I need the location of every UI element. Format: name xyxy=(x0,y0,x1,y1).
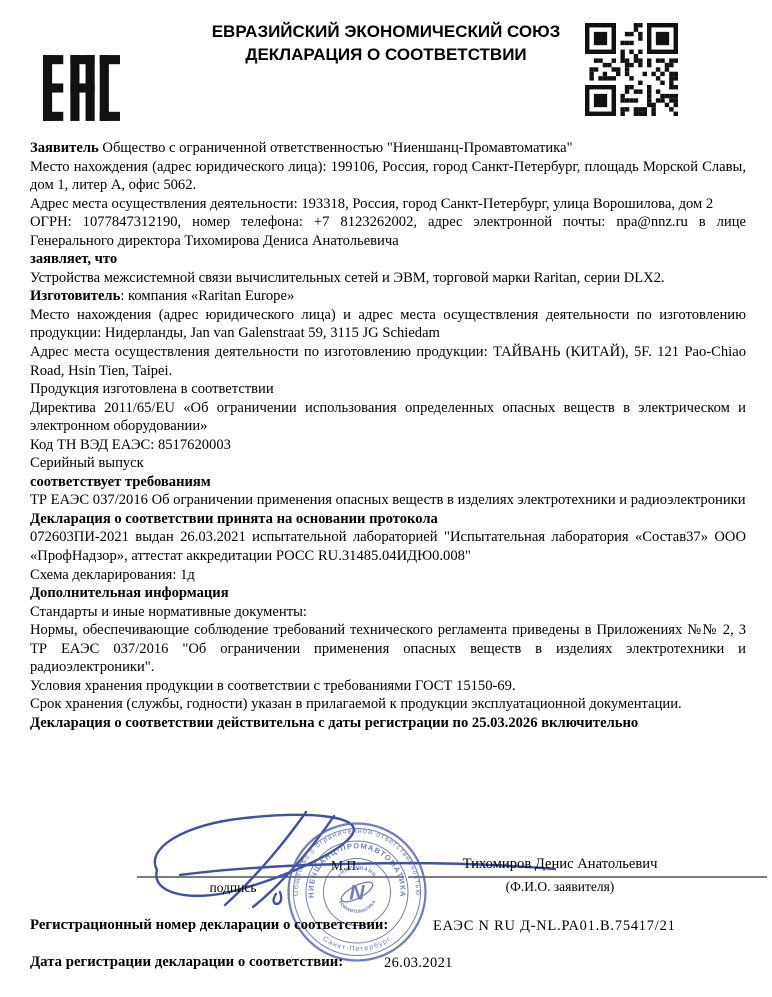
doc-paragraph: Схема декларирования: 1д xyxy=(30,566,746,585)
reg-number-value: ЕАЭС N RU Д-NL.РА01.В.75417/21 xyxy=(433,918,676,935)
stamp-emblem-letter: N xyxy=(349,882,365,905)
doc-paragraph: Заявитель Общество с ограниченной ответс… xyxy=(30,139,746,158)
title-line-union: ЕВРАЗИЙСКИЙ ЭКОНОМИЧЕСКИЙ СОЮЗ xyxy=(150,20,622,43)
doc-paragraph: Адрес места осуществления деятельности: … xyxy=(30,195,746,214)
title-line-declaration: ДЕКЛАРАЦИЯ О СООТВЕТСТВИИ xyxy=(150,43,622,66)
doc-paragraph: Место нахождения (адрес юридического лиц… xyxy=(30,158,746,195)
doc-paragraph: Изготовитель: компания «Raritan Europe» xyxy=(30,287,746,306)
doc-paragraph: Серийный выпуск xyxy=(30,454,746,473)
svg-text:«НИЕНШАНЦ: «НИЕНШАНЦ xyxy=(336,865,377,879)
company-stamp: Общество с ограниченной ответственностью… xyxy=(282,817,432,967)
doc-paragraph: Условия хранения продукции в соответстви… xyxy=(30,677,746,696)
qr-code xyxy=(585,23,678,116)
doc-paragraph: Адрес места осуществления деятельности п… xyxy=(30,343,746,380)
document-body: Заявитель Общество с ограниченной ответс… xyxy=(30,139,746,733)
doc-paragraph: заявляет, что xyxy=(30,250,746,269)
doc-paragraph: Директива 2011/65/EU «Об ограничении исп… xyxy=(30,399,746,436)
stamp-emblem-top-text: «НИЕНШАНЦ xyxy=(336,865,377,879)
reg-number-label: Регистрационный номер декларации о соотв… xyxy=(30,917,388,934)
doc-paragraph: Срок хранения (службы, годности) указан … xyxy=(30,695,746,714)
doc-paragraph: Декларация о соответствии действительна … xyxy=(30,714,746,733)
doc-paragraph: Декларация о соответствии принята на осн… xyxy=(30,510,746,529)
doc-paragraph: Продукция изготовлена в соответствии xyxy=(30,380,746,399)
applicant-name-caption: (Ф.И.О. заявителя) xyxy=(430,879,690,895)
doc-paragraph: Код ТН ВЭД ЕАЭС: 8517620003 xyxy=(30,436,746,455)
doc-paragraph: ТР ЕАЭС 037/2016 Об ограничении применен… xyxy=(30,491,746,510)
signature-caption: подпись xyxy=(168,880,298,896)
reg-date-label: Дата регистрации декларации о соответств… xyxy=(30,954,343,971)
eac-mark-logo xyxy=(43,55,120,121)
doc-paragraph: Место нахождения (адрес юридического лиц… xyxy=(30,306,746,343)
doc-paragraph: Стандарты и иные нормативные документы: xyxy=(30,603,746,622)
doc-paragraph: Дополнительная информация xyxy=(30,584,746,603)
reg-date-value: 26.03.2021 xyxy=(384,955,453,972)
declaration-page: ЕВРАЗИЙСКИЙ ЭКОНОМИЧЕСКИЙ СОЮЗ ДЕКЛАРАЦИ… xyxy=(0,0,772,997)
doc-paragraph: ОГРН: 1077847312190, номер телефона: +7 … xyxy=(30,213,746,250)
doc-paragraph: соответствует требованиям xyxy=(30,473,746,492)
doc-paragraph: Нормы, обеспечивающие соблюдение требова… xyxy=(30,621,746,677)
applicant-name: Тихомиров Денис Анатольевич xyxy=(430,856,690,873)
doc-paragraph: Устройства межсистемной связи вычислител… xyxy=(30,269,746,288)
doc-paragraph: 072603ПИ-2021 выдан 26.03.2021 испытател… xyxy=(30,528,746,565)
document-title: ЕВРАЗИЙСКИЙ ЭКОНОМИЧЕСКИЙ СОЮЗ ДЕКЛАРАЦИ… xyxy=(150,20,622,66)
